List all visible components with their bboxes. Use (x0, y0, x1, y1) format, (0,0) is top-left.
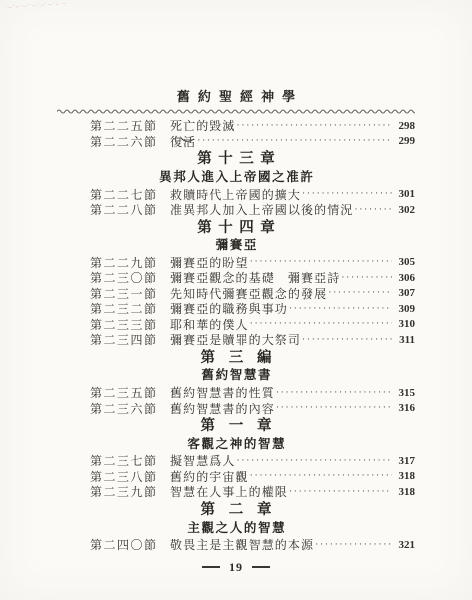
entry-title: 舊約智慧書的內容 (170, 400, 275, 417)
chapter-heading: 第十四章 (0, 219, 472, 238)
toc-entry: 第二二七節救贖時代上帝國的擴大·························… (90, 186, 415, 201)
section-number: 第二三〇節 (90, 269, 170, 286)
toc-entry: 第二三三節耶和華的僕人·····························… (90, 317, 415, 332)
leader-dots: ········································… (302, 189, 392, 199)
leader-dots: ········································… (250, 471, 392, 481)
section-number: 第二三七節 (90, 452, 170, 469)
toc-entry: 第二三〇節彌賽亞觀念的基礎 彌賽亞詩······················… (90, 270, 415, 285)
section-number: 第二二六節 (90, 133, 170, 150)
toc-entry: 第二二六節復活·································… (90, 133, 415, 148)
section-subtitle: 異邦人進入上帝國之准許 (0, 169, 472, 185)
page-ref: 301 (393, 188, 415, 200)
section-number: 第二三五節 (90, 384, 170, 401)
page-ref: 310 (393, 318, 415, 330)
page-number: 19 (229, 560, 243, 575)
page-ref: 318 (393, 470, 415, 482)
leader-dots: ········································… (250, 319, 392, 329)
book-title: 舊約聖經神學 (0, 0, 472, 105)
entry-title: 舊約智慧書的性質 (170, 384, 275, 401)
section-subtitle: 舊約智慧書 (0, 367, 472, 383)
page-ref: 302 (393, 204, 415, 216)
section-number: 第二三四節 (90, 331, 170, 348)
leader-dots: ········································… (341, 273, 392, 283)
entry-title: 彌賽亞是贖罪的大祭司 (170, 331, 301, 348)
entry-title: 擬智慧爲人 (170, 452, 236, 469)
section-number: 第二三九節 (90, 483, 170, 500)
toc-entry: 第二三六節舊約智慧書的內容···························… (90, 400, 415, 415)
toc-entry: 第二三四節彌賽亞是贖罪的大祭司·························… (90, 332, 415, 347)
leader-dots: ········································… (289, 487, 392, 497)
leader-dots: ········································… (276, 388, 392, 398)
entry-title: 彌賽亞觀念的基礎 彌賽亞詩 (170, 269, 340, 286)
page-ref: 309 (393, 303, 415, 315)
entry-title: 救贖時代上帝國的擴大 (170, 186, 301, 203)
leader-dots: ········································… (315, 540, 392, 550)
section-number: 第二二五節 (90, 117, 170, 134)
section-number: 第二二七節 (90, 186, 170, 203)
toc-entry: 第二三八節舊約的宇宙觀·····························… (90, 469, 415, 484)
leader-dots: ········································… (328, 288, 392, 298)
entry-title: 耶和華的僕人 (170, 316, 249, 333)
toc-entry: 第二二八節准異邦人加入上帝國以後的情況·····················… (90, 202, 415, 217)
page-ref: 299 (393, 135, 415, 147)
leader-dots: ········································… (354, 205, 392, 215)
page-ref: 305 (393, 256, 415, 268)
entry-title: 先知時代彌賽亞觀念的發展 (170, 285, 327, 302)
page-ref: 318 (393, 486, 415, 498)
leader-dots: ········································… (197, 136, 392, 146)
chapter-heading: 第二章 (0, 501, 472, 520)
section-number: 第二二八節 (90, 201, 170, 218)
toc-entry: 第二二九節彌賽亞的盼望·····························… (90, 255, 415, 270)
section-subtitle: 客觀之神的智慧 (0, 436, 472, 452)
footer-rule-right (252, 566, 270, 568)
toc-entry: 第二三七節擬智慧爲人······························… (90, 453, 415, 468)
leader-dots: ········································… (250, 257, 392, 267)
leader-dots: ········································… (237, 121, 392, 131)
page-ref: 311 (393, 334, 415, 346)
toc-entry: 第二二五節死亡的毀滅······························… (90, 118, 415, 133)
section-number: 第二四〇節 (90, 536, 170, 553)
entry-title: 准異邦人加入上帝國以後的情況 (170, 201, 353, 218)
footer-rule-left (202, 566, 220, 568)
chapter-heading: 第一章 (0, 417, 472, 436)
leader-dots: ········································… (302, 335, 392, 345)
wavy-divider (57, 107, 415, 115)
toc-entry: 第二四〇節敬畏主是主觀智慧的本源························… (90, 537, 415, 552)
leader-dots: ········································… (289, 304, 392, 314)
section-number: 第二三三節 (90, 316, 170, 333)
entry-title: 死亡的毀滅 (170, 117, 236, 134)
toc-entry: 第二三一節先知時代彌賽亞觀念的發展·······················… (90, 286, 415, 301)
page-ref: 316 (393, 402, 415, 414)
page-ref: 321 (393, 539, 415, 551)
chapter-heading: 第十三章 (0, 150, 472, 169)
stray-pencil-mark (180, 136, 196, 146)
entry-title: 彌賽亞的盼望 (170, 254, 249, 271)
section-subtitle: 主觀之人的智慧 (0, 520, 472, 536)
leader-dots: ········································… (276, 403, 392, 413)
section-number: 第二三六節 (90, 400, 170, 417)
page-ref: 315 (393, 387, 415, 399)
entry-title: 敬畏主是主觀智慧的本源 (170, 536, 314, 553)
part-heading: 第三編 (0, 349, 472, 368)
entry-title: 舊約的宇宙觀 (170, 468, 249, 485)
entry-title: 智慧在人事上的權限 (170, 483, 288, 500)
toc-entry: 第二三五節舊約智慧書的性質···························… (90, 385, 415, 400)
page-ref: 317 (393, 455, 415, 467)
table-of-contents: 第二二五節死亡的毀滅······························… (0, 116, 472, 553)
toc-entry: 第二三二節彌賽亞的職務與事功··························… (90, 301, 415, 316)
entry-title: 彌賽亞的職務與事功 (170, 300, 288, 317)
section-number: 第二三一節 (90, 285, 170, 302)
scanned-page: ·‥·‥·‥· ‥·‥·‥·‥ ‥ 舊約聖經神學 第二二五節死亡的毀滅·····… (0, 0, 472, 600)
page-footer: 19 (0, 560, 472, 575)
section-number: 第二三八節 (90, 468, 170, 485)
leader-dots: ········································… (237, 456, 392, 466)
page-ref: 306 (393, 272, 415, 284)
section-number: 第二三二節 (90, 300, 170, 317)
page-ref: 307 (393, 287, 415, 299)
section-subtitle: 彌賽亞 (0, 237, 472, 253)
page-ref: 298 (393, 120, 415, 132)
section-number: 第二二九節 (90, 254, 170, 271)
toc-entry: 第二三九節智慧在人事上的權限··························… (90, 484, 415, 499)
